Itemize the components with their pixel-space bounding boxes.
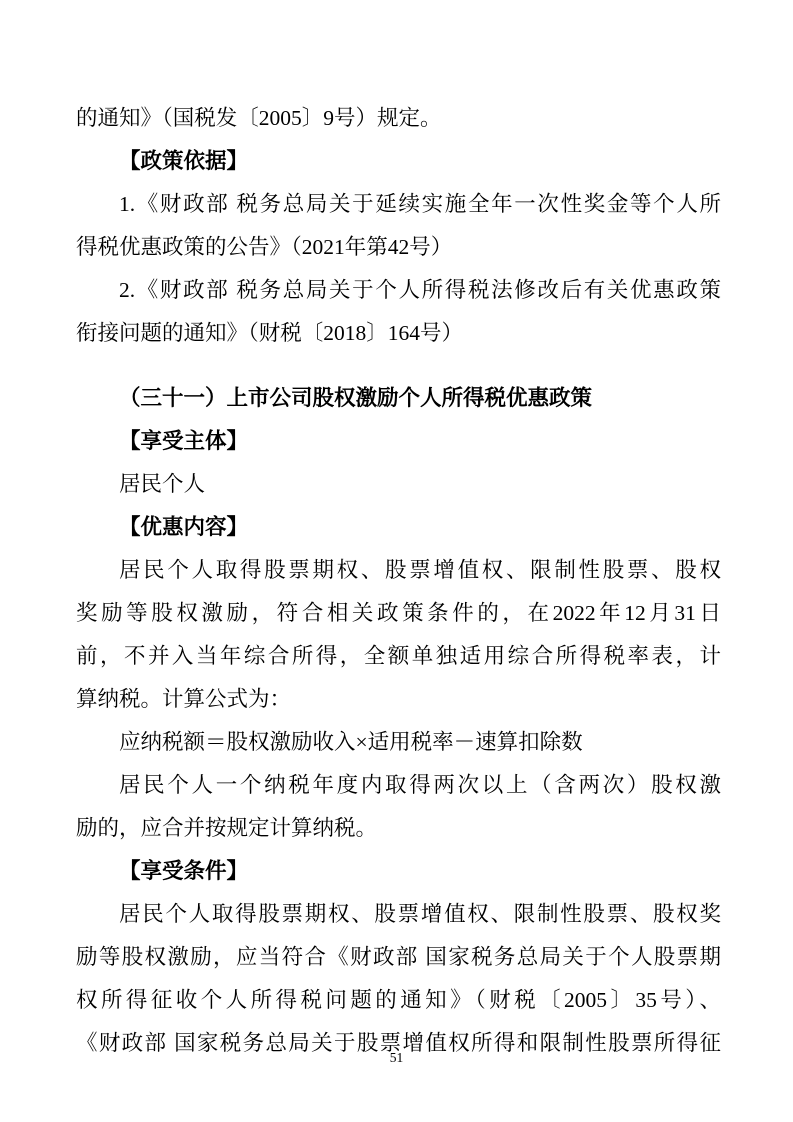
line-notice-reference: 的通知》（国税发〔2005〕9号）规定。: [76, 97, 721, 140]
benefit-paragraph-line-2: 奖励等股权激励，符合相关政策条件的，在2022年12月31日: [76, 592, 721, 635]
benefit-paragraph-line-3: 前，不并入当年综合所得，全额单独适用综合所得税率表，计: [76, 635, 721, 678]
conditions-paragraph-line-2: 励等股权激励，应当符合《财政部 国家税务总局关于个人股票期: [76, 936, 721, 979]
benefit-paragraph-line-1: 居民个人取得股票期权、股票增值权、限制性股票、股权: [76, 549, 721, 592]
heading-conditions: 【享受条件】: [76, 850, 721, 893]
tax-formula-line: 应纳税额＝股权激励收入×适用税率－速算扣除数: [76, 721, 721, 764]
policy-item-1-line-1: 1.《财政部 税务总局关于延续实施全年一次性奖金等个人所: [76, 183, 721, 226]
heading-policy-basis: 【政策依据】: [76, 140, 721, 183]
policy-item-2-line-2: 衔接问题的通知》（财税〔2018〕164号）: [76, 312, 721, 355]
policy-item-2-line-1: 2.《财政部 税务总局关于个人所得税法修改后有关优惠政策: [76, 269, 721, 312]
document-page: 的通知》（国税发〔2005〕9号）规定。 【政策依据】 1.《财政部 税务总局关…: [0, 0, 793, 1122]
page-number: 51: [0, 1050, 793, 1066]
merge-rule-line-2: 励的，应合并按规定计算纳税。: [76, 807, 721, 850]
document-body: 的通知》（国税发〔2005〕9号）规定。 【政策依据】 1.《财政部 税务总局关…: [76, 97, 721, 1065]
heading-beneficiary: 【享受主体】: [76, 420, 721, 463]
benefit-paragraph-line-4: 算纳税。计算公式为：: [76, 678, 721, 721]
conditions-paragraph-line-3: 权所得征收个人所得税问题的通知》（财税〔2005〕35号）、: [76, 979, 721, 1022]
conditions-paragraph-line-1: 居民个人取得股票期权、股票增值权、限制性股票、股权奖: [76, 893, 721, 936]
line-resident-individual: 居民个人: [76, 463, 721, 506]
section-heading-31: （三十一）上市公司股权激励个人所得税优惠政策: [76, 377, 721, 420]
policy-item-1-line-2: 得税优惠政策的公告》（2021年第42号）: [76, 226, 721, 269]
heading-benefit-content: 【优惠内容】: [76, 506, 721, 549]
merge-rule-line-1: 居民个人一个纳税年度内取得两次以上（含两次）股权激: [76, 764, 721, 807]
